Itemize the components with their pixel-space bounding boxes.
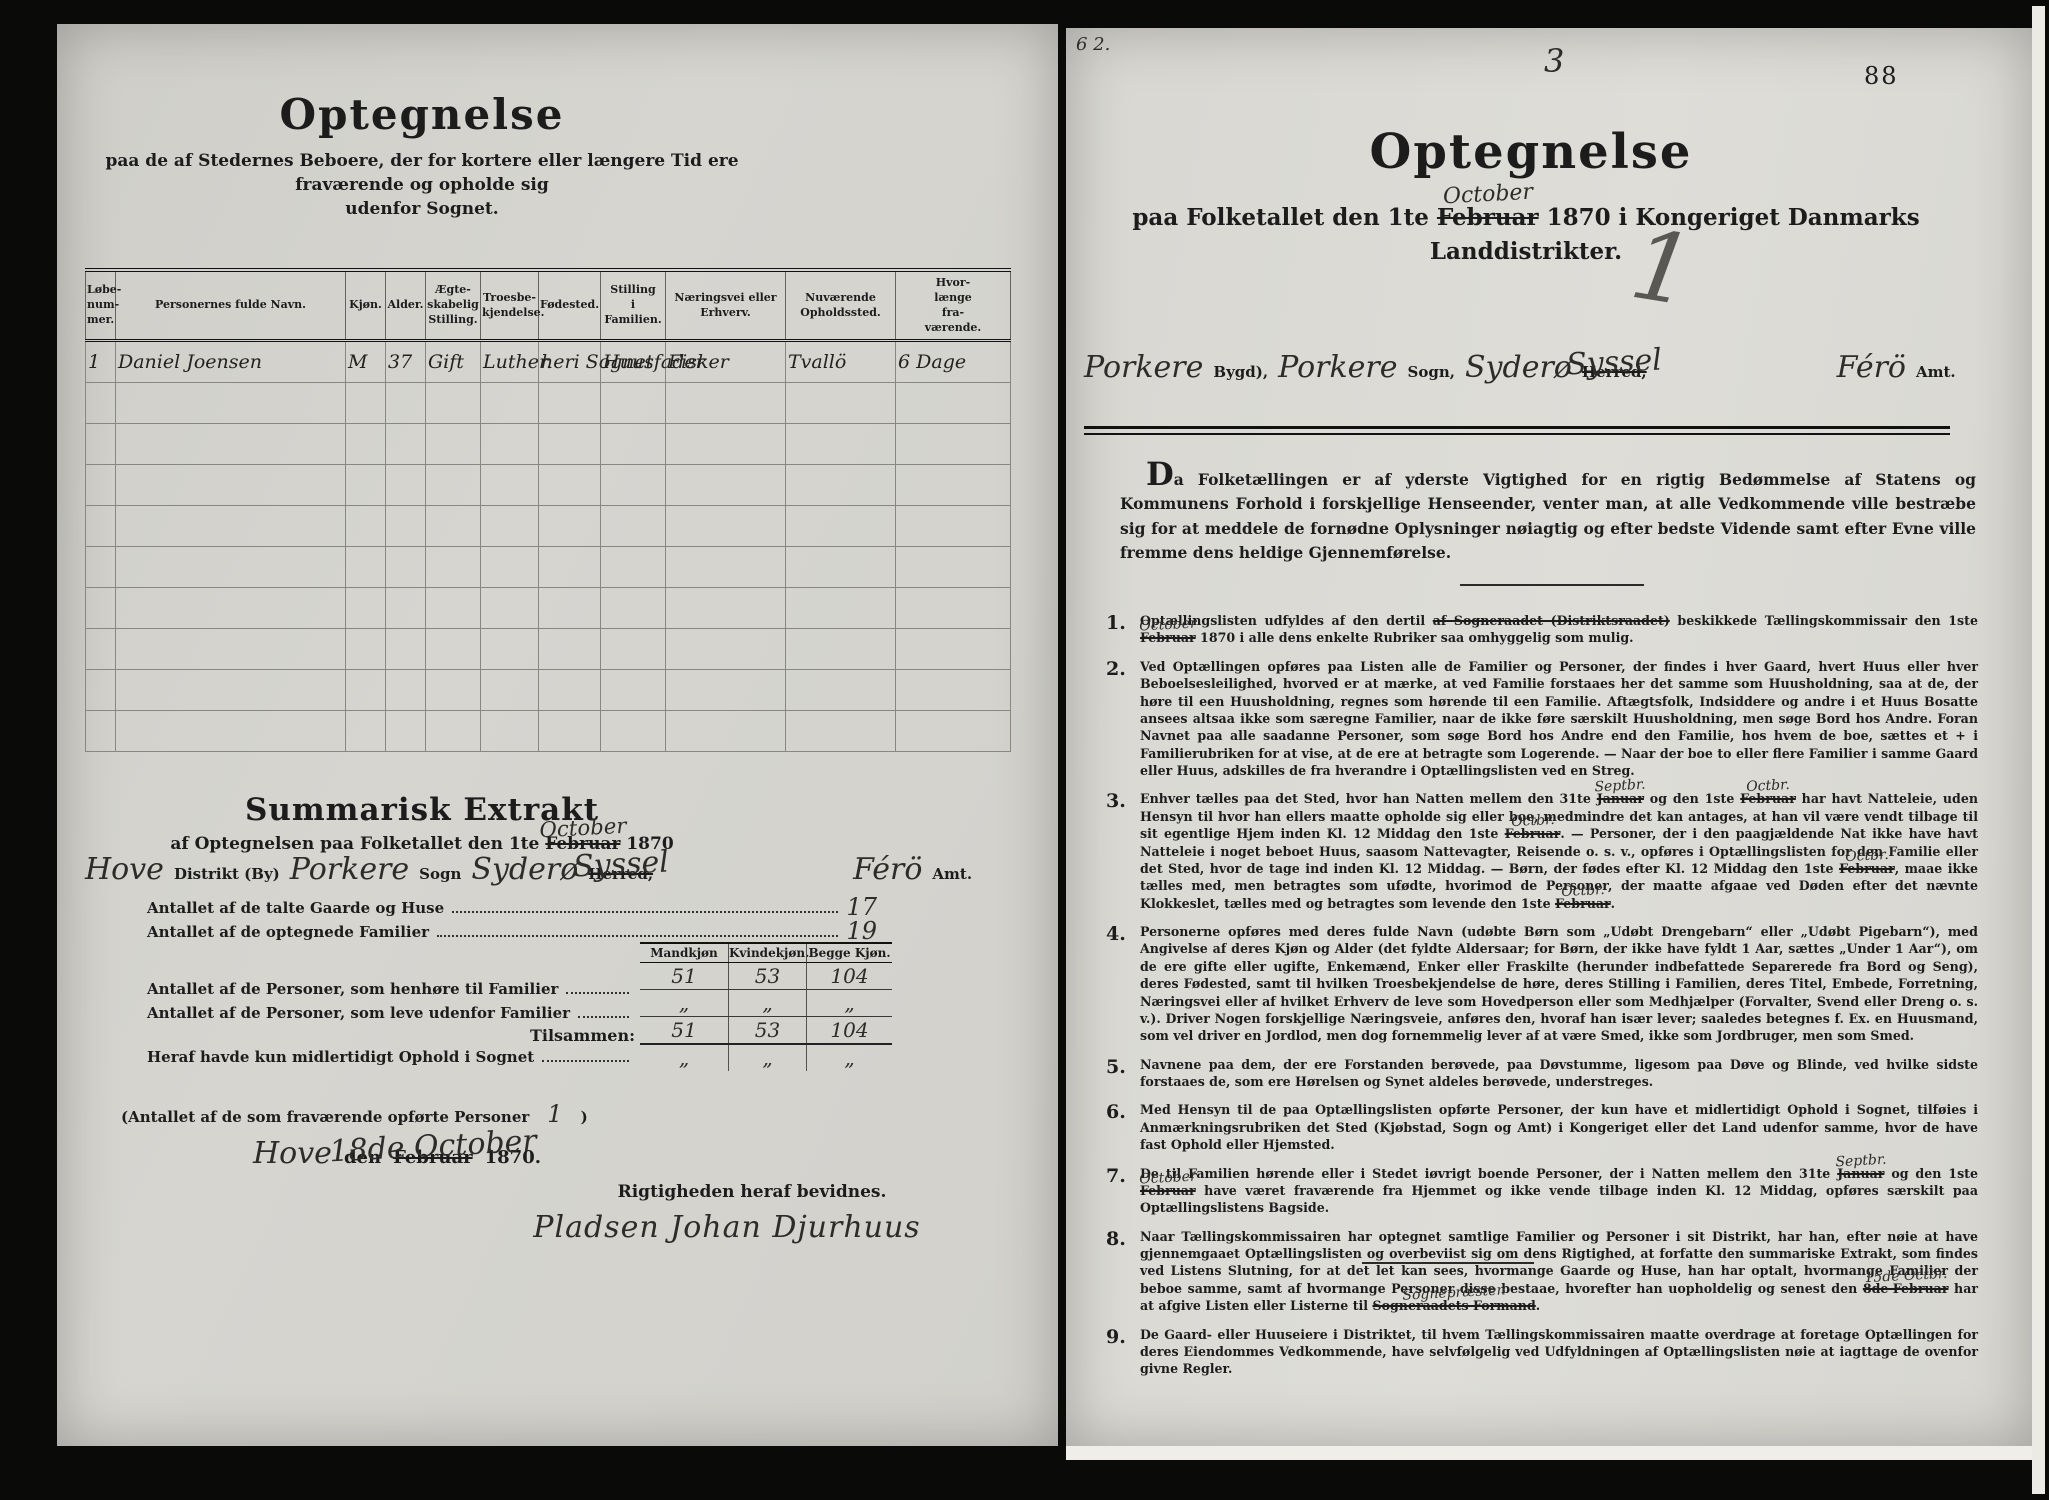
- printed-text: Sogn,: [1408, 363, 1455, 381]
- printed-text: af Optegnelsen paa Folketallet den 1te: [170, 834, 545, 854]
- instructions-list: 1.Optællingslisten udfyldes af den derti…: [1106, 612, 1978, 1389]
- instruction-item: 1.Optællingslisten udfyldes af den derti…: [1106, 612, 1978, 647]
- table-cell: [786, 383, 896, 424]
- absent-persons-prefix: (Antallet af de som fraværende opførte P…: [121, 1108, 529, 1126]
- printed-text: og den 1ste: [1884, 1166, 1978, 1181]
- page-number: 88: [1864, 62, 1899, 90]
- count-families-value: 19: [846, 922, 877, 941]
- table-cell: [426, 629, 481, 670]
- table-cell: [86, 711, 116, 752]
- handwritten-correction: Octbr.: [1510, 811, 1554, 833]
- count-families-label: Antallet af de optegnede Familier: [147, 923, 429, 941]
- summary-value: 51: [640, 1017, 728, 1043]
- printed-text: Ved Optællingen opføres paa Listen alle …: [1140, 659, 1978, 778]
- table-cell: [386, 629, 426, 670]
- handwritten-correction: Octbr.: [1561, 880, 1605, 902]
- instruction-item: 5.Navnene paa dem, der ere Forstanden be…: [1106, 1056, 1978, 1091]
- horizontal-rule: [1084, 426, 1950, 435]
- table-row: [86, 670, 1011, 711]
- subtitle-line-1: paa de af Stedernes Beboere, der for kor…: [105, 151, 738, 195]
- extract-district-line: HoveDistrikt (By)PorkereSognSyderøHerred…: [85, 852, 985, 887]
- table-cell: [481, 629, 539, 670]
- table-cell: [601, 711, 666, 752]
- instruction-item: 9.De Gaard- eller Huuseiere i Distriktet…: [1106, 1326, 1978, 1378]
- instruction-item: 6.Med Hensyn til de paa Optællingslisten…: [1106, 1101, 1978, 1153]
- table-cell: [666, 465, 786, 506]
- handwritten-text: Syderø: [1465, 350, 1572, 385]
- table-cell: [539, 547, 601, 588]
- column-header: Løbe- num- mer.: [86, 270, 116, 341]
- table-cell: [539, 424, 601, 465]
- table-cell: [896, 424, 1011, 465]
- instruction-number: 3.: [1106, 790, 1140, 912]
- attestation-text: Rigtigheden heraf bevidnes.: [537, 1182, 967, 1202]
- temporary-stay-label: Heraf havde kun midlertidigt Ophold i So…: [147, 1048, 534, 1066]
- printed-text: De til Familien hørende eller i Stedet i…: [1140, 1166, 1837, 1181]
- table-cell: [86, 424, 116, 465]
- table-cell: [346, 465, 386, 506]
- dotted-leader: [578, 1006, 629, 1018]
- instruction-number: 7.: [1106, 1165, 1140, 1217]
- instruction-item: 8.Naar Tællingskommissairen har optegnet…: [1106, 1228, 1978, 1315]
- handwritten-correction: October: [539, 814, 627, 844]
- table-cell: [539, 629, 601, 670]
- instruction-item: 7.De til Familien hørende eller i Stedet…: [1106, 1165, 1978, 1217]
- summary-row-families: 51 53 104: [640, 963, 892, 990]
- total-label: Tilsammen:: [487, 1026, 635, 1045]
- printed-text: Bygd),: [1213, 363, 1268, 381]
- table-cell: [426, 465, 481, 506]
- column-header: Troesbe- kjendelse.: [481, 270, 539, 341]
- column-header: Begge Kjøn.: [806, 944, 892, 962]
- table-cell: [386, 383, 426, 424]
- printed-text: De Gaard- eller Huuseiere i Distriktet, …: [1140, 1327, 1978, 1377]
- table-cell: [666, 711, 786, 752]
- printed-text: 1870 i Kongeriget Danmarks: [1539, 204, 1920, 231]
- table-cell: [601, 547, 666, 588]
- summary-value: 53: [728, 1017, 806, 1043]
- table-cell: [116, 588, 346, 629]
- right-page-title: Optegnelse: [1246, 124, 1816, 180]
- table-cell: [426, 547, 481, 588]
- summary-table-header: Mandkjøn Kvindekjøn. Begge Kjøn.: [640, 942, 892, 963]
- table-cell: [386, 547, 426, 588]
- table-cell: [786, 670, 896, 711]
- table-cell: [346, 547, 386, 588]
- table-cell: [426, 383, 481, 424]
- printed-text: beskikkede Tællingskommissair den 1ste: [1670, 613, 1978, 628]
- table-cell: 37: [386, 341, 426, 383]
- table-cell: [116, 506, 346, 547]
- printed-text: Distrikt (By): [174, 865, 280, 883]
- dotted-leader: [437, 925, 838, 937]
- table-cell: [86, 670, 116, 711]
- table-cell: [539, 711, 601, 752]
- table-row: [86, 588, 1011, 629]
- handwritten-text: Porkere: [1278, 350, 1397, 385]
- table-cell: [666, 424, 786, 465]
- summary-value: „: [728, 1045, 806, 1071]
- column-header: Kvindekjøn.: [728, 944, 806, 962]
- printed-text: Amt.: [932, 865, 972, 883]
- table-row: [86, 547, 1011, 588]
- corrected-text: 8de Februar15de Octbr.: [1863, 1280, 1949, 1297]
- table-cell: [386, 711, 426, 752]
- absent-persons-value: 1: [547, 1100, 562, 1128]
- table-row: [86, 711, 1011, 752]
- table-cell: [601, 424, 666, 465]
- table-row: [86, 506, 1011, 547]
- dateline: HovedenFebruar18de October1870.: [253, 1136, 541, 1171]
- table-cell: [86, 547, 116, 588]
- column-header: Nuværende Opholdssted.: [786, 270, 896, 341]
- count-houses-line: Antallet af de talte Gaarde og Huse 17: [147, 898, 877, 917]
- table-cell: heri Sognet: [539, 341, 601, 383]
- table-cell: [116, 670, 346, 711]
- right-page-subtitle: paa Folketallet den 1te FebruarOctober 1…: [1086, 204, 1966, 231]
- table-cell: [896, 506, 1011, 547]
- table-cell: [116, 383, 346, 424]
- right-page-subtitle-2: Landdistrikter.: [1086, 238, 1966, 265]
- table-cell: [346, 670, 386, 711]
- corrected-text: FebruarOctober: [1140, 1182, 1196, 1199]
- temporary-stay-line: Heraf havde kun midlertidigt Ophold i So…: [147, 1048, 637, 1066]
- table-cell: [426, 506, 481, 547]
- column-header: Hvor- længe fra- værende.: [896, 270, 1011, 341]
- table-row: [86, 383, 1011, 424]
- instruction-number: 9.: [1106, 1326, 1140, 1378]
- table-cell: [896, 629, 1011, 670]
- instruction-text: Naar Tællingskommissairen har optegnet s…: [1140, 1228, 1978, 1315]
- handwritten-correction: Syssel: [1566, 343, 1663, 383]
- instruction-text: Enhver tælles paa det Sted, hvor han Nat…: [1140, 790, 1978, 912]
- instruction-item: 4.Personerne opføres med deres fulde Nav…: [1106, 923, 1978, 1045]
- table-cell: [116, 424, 346, 465]
- table-cell: [896, 711, 1011, 752]
- printed-text: og den 1ste: [1644, 791, 1740, 806]
- handwritten-correction: October: [1442, 180, 1533, 210]
- count-houses-label: Antallet af de talte Gaarde og Huse: [147, 899, 444, 917]
- handwritten-correction: Octbr.: [1746, 776, 1790, 798]
- table-cell: [601, 383, 666, 424]
- table-cell: [666, 670, 786, 711]
- handwritten-number-3: 3: [1544, 42, 1564, 80]
- table-cell: [481, 506, 539, 547]
- table-cell: [539, 588, 601, 629]
- table-cell: [481, 588, 539, 629]
- table-cell: [346, 506, 386, 547]
- summary-value: „: [806, 990, 892, 1016]
- handwritten-text: Hove: [85, 852, 164, 887]
- column-header: Fødested.: [539, 270, 601, 341]
- summary-value: 104: [806, 1017, 892, 1043]
- table-row: [86, 424, 1011, 465]
- table-cell: Daniel Joensen: [116, 341, 346, 383]
- instruction-number: 5.: [1106, 1056, 1140, 1091]
- table-cell: [786, 465, 896, 506]
- printed-text: Sogn: [419, 865, 461, 883]
- corrected-text: Herred,Syssel: [588, 865, 653, 883]
- persons-outside-families-line: Antallet af de Personer, som leve udenfo…: [147, 1004, 637, 1022]
- persons-in-families-line: Antallet af de Personer, som henhøre til…: [147, 980, 637, 998]
- table-cell: [481, 424, 539, 465]
- column-header: Mandkjøn: [640, 944, 728, 962]
- absence-table: Løbe- num- mer.Personernes fulde Navn.Kj…: [85, 268, 1011, 752]
- table-cell: [346, 383, 386, 424]
- subtitle-line-2: udenfor Sognet.: [345, 199, 498, 219]
- table-cell: Huusfader: [601, 341, 666, 383]
- table-row: [86, 465, 1011, 506]
- column-header: Personernes fulde Navn.: [116, 270, 346, 341]
- left-page-subtitle: paa de af Stedernes Beboere, der for kor…: [62, 150, 782, 221]
- table-cell: [601, 629, 666, 670]
- instruction-text: Personerne opføres med deres fulde Navn …: [1140, 923, 1978, 1045]
- table-cell: [386, 588, 426, 629]
- table-cell: [666, 547, 786, 588]
- left-page: Optegnelse paa de af Stedernes Beboere, …: [57, 24, 1058, 1446]
- summary-value: 104: [806, 963, 892, 989]
- signature: Pladsen Johan Djurhuus: [437, 1210, 1017, 1245]
- right-page: 6 2. 3 88 1 Optegnelse paa Folketallet d…: [1066, 28, 2032, 1446]
- table-cell: [539, 465, 601, 506]
- summary-value: „: [806, 1045, 892, 1071]
- table-cell: [601, 670, 666, 711]
- table-cell: [539, 506, 601, 547]
- instruction-number: 1.: [1106, 612, 1140, 647]
- table-cell: [481, 670, 539, 711]
- table-cell: [786, 588, 896, 629]
- page-edge: [2032, 6, 2045, 1494]
- handwritten-text: Porkere: [1084, 350, 1203, 385]
- table-cell: [346, 424, 386, 465]
- table-cell: [601, 465, 666, 506]
- corrected-text: Herred,Syssel: [1582, 363, 1647, 381]
- handwritten-correction: Syssel: [572, 845, 669, 885]
- handwritten-corner-note: 6 2.: [1076, 34, 1110, 55]
- instruction-number: 4.: [1106, 923, 1140, 1045]
- section-divider: [1460, 584, 1644, 586]
- persons-outside-families-label: Antallet af de Personer, som leve udenfo…: [147, 1004, 570, 1022]
- summary-table: Mandkjøn Kvindekjøn. Begge Kjøn. 51 53 1…: [640, 942, 892, 1071]
- column-header: Næringsvei eller Erhverv.: [666, 270, 786, 341]
- table-cell: [896, 588, 1011, 629]
- table-cell: 6 Dage: [896, 341, 1011, 383]
- corrected-text: Februar18de October: [393, 1147, 473, 1168]
- instruction-text: De til Familien hørende eller i Stedet i…: [1140, 1165, 1978, 1217]
- instruction-number: 2.: [1106, 658, 1140, 780]
- printed-text: Med Hensyn til de paa Optællingslisten o…: [1140, 1102, 1978, 1152]
- table-cell: [786, 629, 896, 670]
- corrected-text: Sogneraadets FormandSognepræsten: [1372, 1297, 1535, 1314]
- handwritten-text: Syderø: [471, 852, 578, 887]
- count-houses-value: 17: [846, 898, 877, 917]
- table-cell: [426, 670, 481, 711]
- handwritten-text: Hove: [253, 1136, 332, 1171]
- handwritten-text: Porkere: [290, 852, 409, 887]
- dotted-leader: [566, 982, 629, 994]
- handwritten-correction: Septbr.: [1835, 1150, 1887, 1172]
- handwritten-correction: October: [1139, 1167, 1197, 1189]
- table-cell: [86, 588, 116, 629]
- table-cell: [116, 465, 346, 506]
- table-cell: [346, 629, 386, 670]
- table-row: [86, 629, 1011, 670]
- printed-text: 1870 i alle dens enkelte Rubriker saa om…: [1196, 630, 1634, 645]
- struck-text: af Sogneraadet (Distriktsraadet): [1433, 613, 1670, 628]
- table-cell: [346, 711, 386, 752]
- table-cell: [666, 506, 786, 547]
- table-cell: [896, 465, 1011, 506]
- table-cell: [666, 383, 786, 424]
- printed-text: Navnene paa dem, der ere Forstanden berø…: [1140, 1057, 1978, 1089]
- table-cell: [426, 588, 481, 629]
- printed-text: have været fraværende fra Hjemmet og ikk…: [1140, 1183, 1978, 1215]
- table-cell: [386, 424, 426, 465]
- absent-persons-suffix: ): [581, 1108, 588, 1126]
- table-cell: M: [346, 341, 386, 383]
- table-cell: [426, 424, 481, 465]
- table-cell: Luther.: [481, 341, 539, 383]
- table-cell: [481, 383, 539, 424]
- summary-value: „: [640, 990, 728, 1016]
- handwritten-correction: 15de Octbr.: [1864, 1265, 1948, 1289]
- handwritten-correction: October: [1139, 615, 1197, 637]
- corrected-text: FebruarOctober: [1437, 204, 1539, 231]
- table-cell: [86, 506, 116, 547]
- handwritten-text: Férö: [1837, 350, 1906, 385]
- summary-row-temporary: „ „ „: [640, 1045, 892, 1071]
- summary-row-outside: „ „ „: [640, 990, 892, 1017]
- table-cell: [896, 383, 1011, 424]
- table-cell: [86, 383, 116, 424]
- page-bottom-edge: [1066, 1446, 2032, 1460]
- corrected-text: FebruarOctbr.: [1505, 825, 1561, 842]
- column-header: Kjøn.: [346, 270, 386, 341]
- closing-rule: [1362, 1262, 1534, 1264]
- printed-text: Enhver tælles paa det Sted, hvor han Nat…: [1140, 791, 1597, 806]
- table-cell: [386, 670, 426, 711]
- table-cell: [86, 465, 116, 506]
- printed-text: Naar Tællingskommissairen har optegnet s…: [1140, 1229, 1978, 1296]
- summary-row-total: 51 53 104: [640, 1017, 892, 1045]
- summary-value: 51: [640, 963, 728, 989]
- instruction-text: Ved Optællingen opføres paa Listen alle …: [1140, 658, 1978, 780]
- table-cell: Gift: [426, 341, 481, 383]
- table-cell: [481, 711, 539, 752]
- summary-value: 53: [728, 963, 806, 989]
- summary-value: „: [728, 990, 806, 1016]
- instruction-item: 3.Enhver tælles paa det Sted, hvor han N…: [1106, 790, 1978, 912]
- table-cell: Fisker: [666, 341, 786, 383]
- instruction-text: Optællingslisten udfyldes af den dertil …: [1140, 612, 1978, 647]
- corrected-text: FebruarOctober: [1140, 629, 1196, 646]
- printed-text: Personerne opføres med deres fulde Navn …: [1140, 924, 1978, 1043]
- printed-text: Amt.: [1916, 363, 1956, 381]
- printed-text: .: [1611, 896, 1615, 911]
- corrected-text: FebruarOctbr.: [1740, 790, 1796, 807]
- table-cell: [481, 547, 539, 588]
- handwritten-correction: Septbr.: [1594, 776, 1646, 798]
- handwritten-stroke-mark: 1: [1625, 216, 1700, 320]
- table-cell: [786, 506, 896, 547]
- table-cell: 1: [86, 341, 116, 383]
- instruction-text: Navnene paa dem, der ere Forstanden berø…: [1140, 1056, 1978, 1091]
- column-header: Ægte- skabelig Stilling.: [426, 270, 481, 341]
- intro-paragraph: Da Folketællingen er af yderste Vigtighe…: [1120, 462, 1976, 566]
- corrected-text: FebruarOctbr.: [1839, 860, 1895, 877]
- instruction-item: 2.Ved Optællingen opføres paa Listen all…: [1106, 658, 1978, 780]
- handwritten-correction: Octbr.: [1845, 846, 1889, 868]
- table-cell: [116, 547, 346, 588]
- instruction-number: 6.: [1106, 1101, 1140, 1153]
- corrected-text: JanuarSeptbr.: [1837, 1165, 1884, 1182]
- table-cell: [86, 629, 116, 670]
- table-cell: [666, 629, 786, 670]
- column-header: Alder.: [386, 270, 426, 341]
- table-cell: Tvallö: [786, 341, 896, 383]
- summary-value: „: [640, 1045, 728, 1071]
- corrected-text: FebruarOctbr.: [1555, 895, 1611, 912]
- table-cell: [786, 424, 896, 465]
- table-cell: [481, 465, 539, 506]
- table-cell: [786, 711, 896, 752]
- table-cell: [666, 588, 786, 629]
- table-cell: [386, 465, 426, 506]
- persons-in-families-label: Antallet af de Personer, som henhøre til…: [147, 980, 558, 998]
- instruction-text: Med Hensyn til de paa Optællingslisten o…: [1140, 1101, 1978, 1153]
- table-cell: [601, 588, 666, 629]
- table-cell: [539, 670, 601, 711]
- count-families-line: Antallet af de optegnede Familier 19: [147, 922, 877, 941]
- table-cell: [116, 629, 346, 670]
- table-cell: [896, 670, 1011, 711]
- table-cell: [539, 383, 601, 424]
- table-cell: [426, 711, 481, 752]
- table-cell: [896, 547, 1011, 588]
- left-page-title: Optegnelse: [57, 90, 787, 139]
- table-cell: [346, 588, 386, 629]
- table-cell: [786, 547, 896, 588]
- instruction-number: 8.: [1106, 1228, 1140, 1315]
- corrected-text: JanuarSeptbr.: [1597, 790, 1644, 807]
- column-header: Stilling i Familien.: [601, 270, 666, 341]
- instruction-text: De Gaard- eller Huuseiere i Distriktet, …: [1140, 1326, 1978, 1378]
- printed-text: paa Folketallet den 1te: [1132, 204, 1437, 231]
- dotted-leader: [452, 901, 838, 913]
- district-line: PorkereBygd),PorkereSogn,SyderøHerred,Sy…: [1084, 350, 1994, 385]
- printed-text: .: [1536, 1298, 1540, 1313]
- dotted-leader: [542, 1050, 629, 1062]
- table-cell: [601, 506, 666, 547]
- handwritten-text: Férö: [853, 852, 922, 887]
- table-row: 1Daniel JoensenM37GiftLuther.heri Sognet…: [86, 341, 1011, 383]
- table-cell: [386, 506, 426, 547]
- census-scan: Optegnelse paa de af Stedernes Beboere, …: [0, 0, 2049, 1500]
- table-cell: [116, 711, 346, 752]
